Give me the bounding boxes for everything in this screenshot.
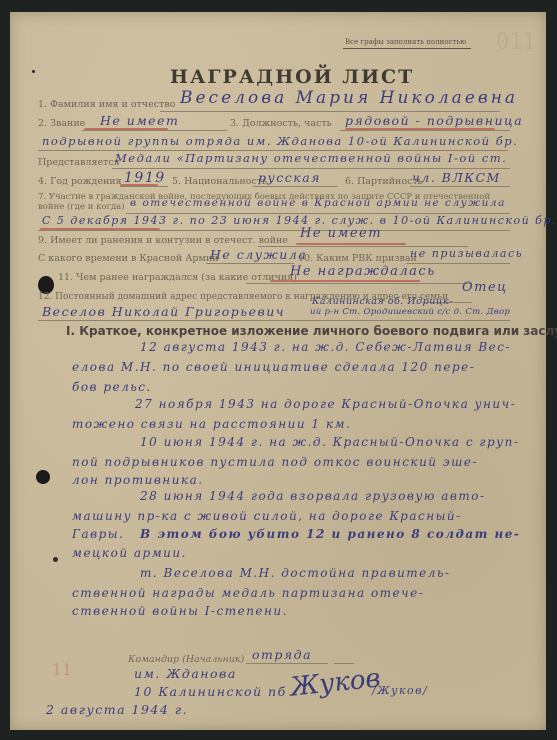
feat-line: т. Веселова М.Н. достойна правитель- <box>140 566 451 580</box>
rvk-label: 10. Каким РВК призван <box>298 253 417 264</box>
address-value-name: Веселов Николай Григорьевич <box>42 304 285 319</box>
feat-line: елова М.Н. по своей инициативе сделала 1… <box>72 360 475 374</box>
field-line <box>38 320 510 321</box>
signature-name: /Жуков/ <box>372 684 428 697</box>
position-label: 3. Должность, часть <box>230 118 332 129</box>
address-value-region-cont: ий р-н Ст. Ородишевский с/с д. Ст. Двор <box>310 307 510 317</box>
name-value: Веселова Мария Николаевна <box>180 88 518 108</box>
red-underline <box>40 228 160 230</box>
army-since-label: С какого времени в Красной Армии <box>38 253 219 264</box>
document-date: 2 августа 1944 г. <box>46 702 188 717</box>
nominated-label: Представляется <box>38 157 120 168</box>
address-value-region: Калининская об. Идрицк- <box>312 296 453 307</box>
field-line <box>160 111 500 112</box>
nationality-value: русская <box>258 170 321 185</box>
punch-mark <box>53 557 58 562</box>
feat-line: машину пр-ка с живой силой, на дороге Кр… <box>72 509 462 523</box>
field-line <box>206 263 294 264</box>
feat-line: мецкой армии. <box>72 546 187 560</box>
red-underline <box>345 128 495 130</box>
feat-line: Гавры. <box>72 527 124 541</box>
feat-line: лон противника. <box>72 473 204 487</box>
rank-label: 2. Звание <box>38 118 85 129</box>
field-line <box>82 130 227 131</box>
position-value-cont: подрывной группы отряда им. Жданова 10-о… <box>42 134 518 148</box>
address-value-father: Отец <box>462 280 508 295</box>
divider <box>343 48 471 49</box>
feat-line: тожено связи на расстоянии 1 км. <box>72 417 351 431</box>
party-value: чл. ВЛКСМ <box>412 170 501 185</box>
feat-heading: I. Краткое, конкретное изложение личного… <box>66 324 557 338</box>
wounds-label: 9. Имеет ли ранения и контузии в отечест… <box>38 235 288 246</box>
field-line <box>38 230 510 231</box>
field-line <box>112 168 510 169</box>
feat-line: 12 августа 1943 г. на ж.д. Себеж-Латвия … <box>140 340 511 354</box>
archive-mark: 011 <box>496 30 536 55</box>
red-underline <box>84 128 168 130</box>
feat-line: ственной войны I-степени. <box>72 604 288 618</box>
rvk-value: не призывалась <box>410 247 523 260</box>
previous-awards-label: 11. Чем ранее награждался (за какие отли… <box>58 272 297 283</box>
feat-line: пой подрывников пустила под откос воинск… <box>72 455 478 469</box>
unit-line-2: 10 Калининской пб <box>134 684 287 699</box>
name-label: 1. Фамилия имя и отчество <box>38 99 175 110</box>
participation-value: в отечественной войне в Красной армии не… <box>130 197 506 209</box>
red-pencil-mark: 11 <box>52 660 72 679</box>
feat-line: В этом бою убито 12 и ранено 8 солдат не… <box>140 527 520 541</box>
field-line <box>120 186 168 187</box>
commander-value: отряда <box>252 647 312 662</box>
feat-line: 10 июня 1944 г. на ж.д. Красный-Опочка с… <box>140 435 519 449</box>
notice-text: Все графы заполнять полностью <box>345 38 466 46</box>
feat-line: бов рельс. <box>72 380 152 394</box>
nominated-value: Медали «Партизану отечественной войны I-… <box>115 151 507 165</box>
feat-line: 27 ноября 1943 на дороге Красный-Опочка … <box>135 397 516 411</box>
field-line <box>253 186 338 187</box>
punch-mark <box>32 70 35 73</box>
field-line <box>340 130 510 131</box>
page-title: НАГРАДНОЙ ЛИСТ <box>170 66 414 88</box>
army-since-value: Не служила <box>210 247 307 262</box>
red-underline <box>296 243 406 245</box>
participation-label-cont: войне (где и когда) <box>38 202 125 212</box>
commander-label: Командир (Начальник) <box>128 654 244 665</box>
field-line <box>246 663 328 664</box>
field-line <box>246 283 471 284</box>
punch-hole <box>36 470 50 484</box>
field-line <box>410 186 510 187</box>
red-underline <box>270 280 420 282</box>
feat-line: 28 июня 1944 года взорвала грузовую авто… <box>140 489 486 503</box>
wounds-value: Не имеет <box>300 226 382 241</box>
birth-year-label: 4. Год рождения <box>38 176 122 187</box>
red-underline <box>120 184 158 186</box>
rank-value: Не имеет <box>100 113 179 128</box>
feat-line: ственной награды медаль партизана отече- <box>72 586 424 600</box>
field-line <box>334 663 354 664</box>
unit-line-1: им. Жданова <box>134 666 237 681</box>
position-value: рядовой - подрывница <box>345 113 523 128</box>
previous-awards-value: Не награждалась <box>290 264 436 279</box>
